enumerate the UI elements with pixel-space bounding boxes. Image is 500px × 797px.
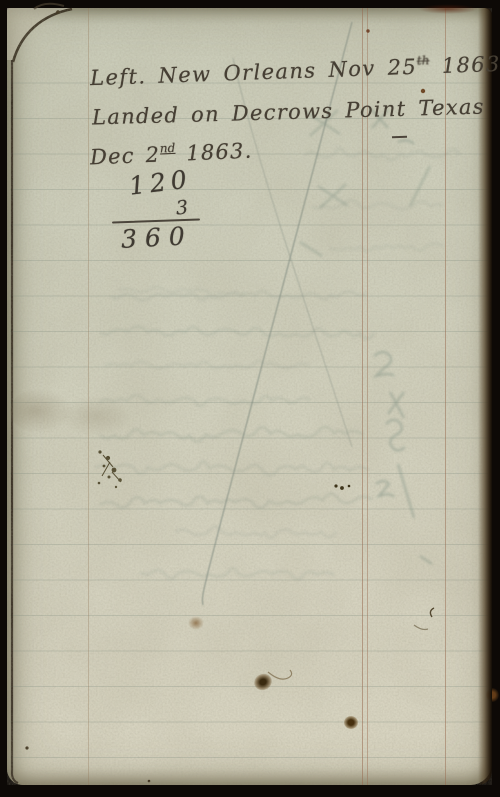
line1-crossed-superscript: th — [417, 53, 430, 67]
calc-product: 360 — [120, 221, 193, 254]
line3-text: Dec 2 — [90, 142, 161, 169]
scanned-journal-page: Left. New Orleans Nov 25th 1863 Landed o… — [0, 0, 500, 797]
line3-superscript: nd — [160, 141, 176, 156]
line1-year: 1863 — [429, 52, 500, 78]
calc-multiplier: 3 — [175, 197, 189, 220]
line3-year: 1863. — [175, 139, 253, 166]
